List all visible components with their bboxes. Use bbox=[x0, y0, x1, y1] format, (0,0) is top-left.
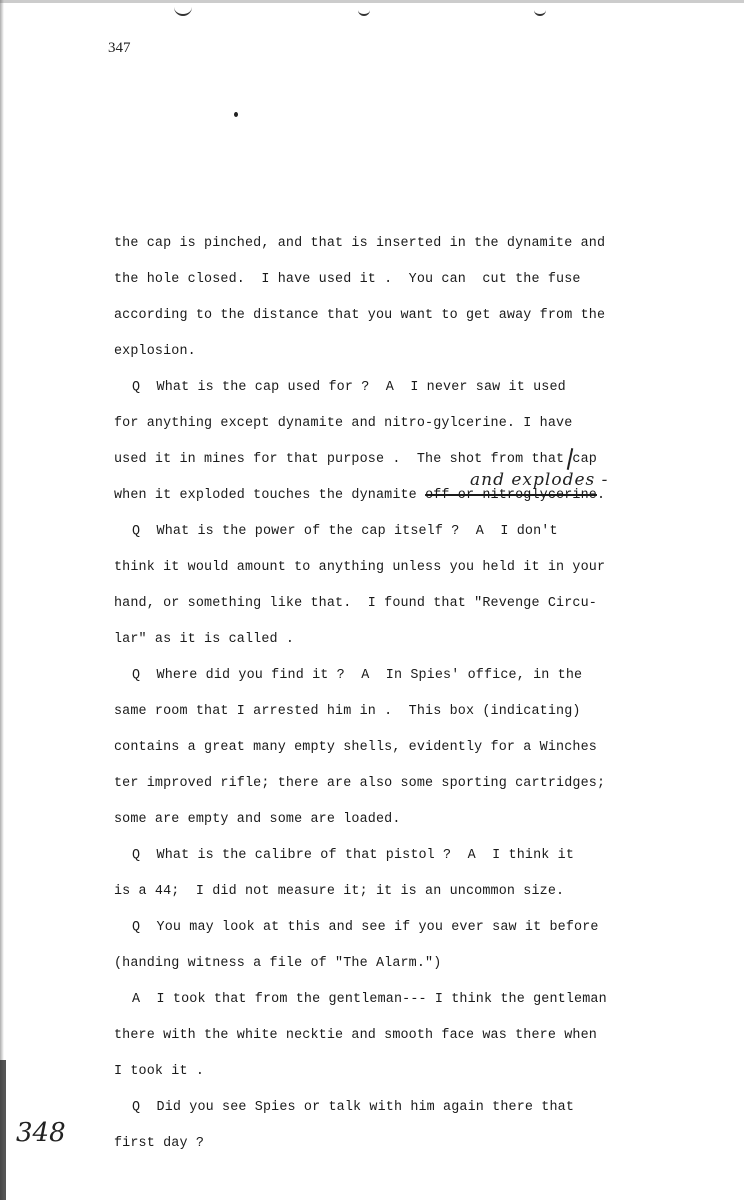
stray-ink-dot bbox=[234, 112, 238, 117]
text-line: there with the white necktie and smooth … bbox=[114, 1024, 694, 1060]
text-line: ter improved rifle; there are also some … bbox=[114, 772, 694, 808]
text-line: first day ? bbox=[114, 1132, 694, 1168]
text-line: according to the distance that you want … bbox=[114, 304, 694, 340]
question-line: Q Did you see Spies or talk with him aga… bbox=[114, 1096, 694, 1132]
line-text: when it exploded touches the dynamite bbox=[114, 488, 425, 503]
text-line: contains a great many empty shells, evid… bbox=[114, 736, 694, 772]
text-line: hand, or something like that. I found th… bbox=[114, 592, 694, 628]
scan-edge-top bbox=[0, 0, 744, 3]
margin-page-number: 348 bbox=[16, 1118, 66, 1148]
binding-hole-mark bbox=[358, 6, 370, 16]
question-line: Q Where did you find it ? A In Spies' of… bbox=[114, 664, 694, 700]
text-line: the cap is pinched, and that is inserted… bbox=[114, 232, 694, 268]
question-line: Q What is the power of the cap itself ? … bbox=[114, 520, 694, 556]
line-end: . bbox=[597, 488, 605, 503]
struck-text: off or nitroglycerine bbox=[425, 488, 597, 503]
text-line: (handing witness a file of "The Alarm.") bbox=[114, 952, 694, 988]
text-line: explosion. bbox=[114, 340, 694, 376]
transcript-body: the cap is pinched, and that is inserted… bbox=[114, 232, 694, 1168]
scan-edge-left bbox=[0, 0, 4, 1200]
question-line: Q You may look at this and see if you ev… bbox=[114, 916, 694, 952]
text-line: same room that I arrested him in . This … bbox=[114, 700, 694, 736]
handwritten-insertion: and explodes - bbox=[470, 470, 608, 490]
question-line: Q What is the calibre of that pistol ? A… bbox=[114, 844, 694, 880]
binding-hole-mark bbox=[534, 6, 546, 16]
text-line: think it would amount to anything unless… bbox=[114, 556, 694, 592]
text-line: for anything except dynamite and nitro-g… bbox=[114, 412, 694, 448]
page-number: 347 bbox=[108, 40, 131, 57]
text-line: lar" as it is called . bbox=[114, 628, 694, 664]
text-line: I took it . bbox=[114, 1060, 694, 1096]
scan-edge-left-dark bbox=[0, 1060, 6, 1200]
text-line: some are empty and some are loaded. bbox=[114, 808, 694, 844]
question-line: Q What is the cap used for ? A I never s… bbox=[114, 376, 694, 412]
answer-line: A I took that from the gentleman--- I th… bbox=[114, 988, 694, 1024]
text-line: is a 44; I did not measure it; it is an … bbox=[114, 880, 694, 916]
binding-hole-mark bbox=[174, 6, 192, 16]
text-line: the hole closed. I have used it . You ca… bbox=[114, 268, 694, 304]
